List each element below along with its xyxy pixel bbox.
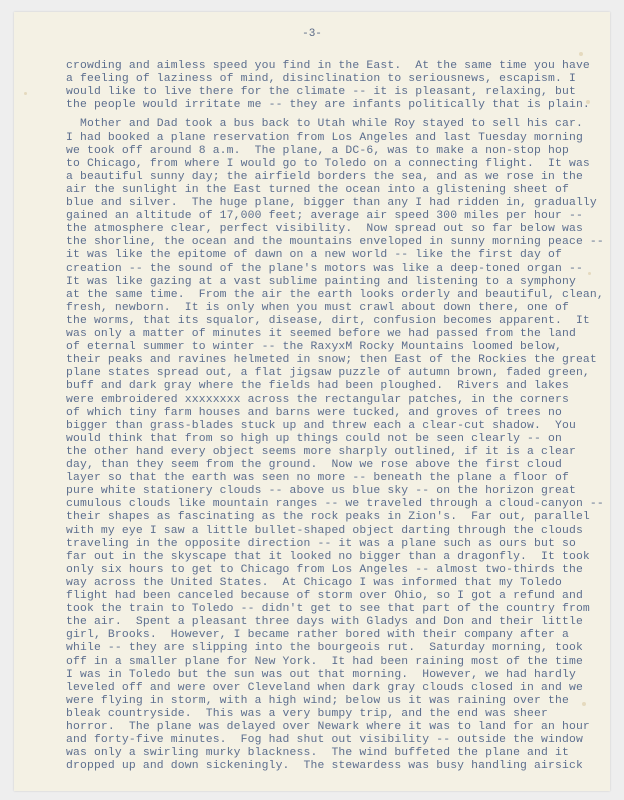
text-line: would like to live there for the climate…	[66, 86, 576, 99]
text-line: the other hand every object seems more s…	[66, 446, 576, 459]
text-line: horror. The plane was delayed over Newar…	[66, 721, 590, 734]
text-line: cumulous clouds like mountain ranges -- …	[66, 498, 604, 511]
text-line: day, than they seem from the ground. Now…	[66, 459, 562, 472]
paper-stain	[588, 272, 591, 275]
text-line: fresh, newborn. It is only when you must…	[66, 302, 569, 315]
text-line: were flying in storm, with a high wind; …	[66, 695, 569, 708]
text-line: Mother and Dad took a bus back to Utah w…	[66, 118, 583, 131]
text-line: gained an altitude of 17,000 feet; avera…	[66, 210, 583, 223]
text-line: only six hours to get to Chicago from Lo…	[66, 564, 583, 577]
text-line: dropped up and down sickeningly. The ste…	[66, 760, 583, 773]
page-number: -3-	[14, 28, 610, 40]
text-line: it was like the epitome of dawn on a new…	[66, 249, 562, 262]
text-line: air the sunlight in the East turned the …	[66, 184, 569, 197]
paper-stain	[24, 92, 27, 95]
text-line: their peaks and ravines helmeted in snow…	[66, 354, 597, 367]
text-line: of eternal summer to winter -- the Raxyx…	[66, 341, 562, 354]
paper-stain	[579, 52, 583, 56]
text-line: leveled off and were over Cleveland when…	[66, 682, 583, 695]
text-line: creation -- the sound of the plane's mot…	[66, 263, 583, 276]
text-line: bleak countryside. This was a very bumpy…	[66, 708, 548, 721]
text-line: at the same time. From the air the earth…	[66, 289, 604, 302]
text-line: I had booked a plane reservation from Lo…	[66, 132, 583, 145]
text-line: layer so that the earth was seen no more…	[66, 472, 569, 485]
text-line: to Chicago, from where I would go to Tol…	[66, 158, 590, 171]
text-line: would think that from so high up things …	[66, 433, 562, 446]
text-line: and forty-five minutes. Fog had shut out…	[66, 734, 583, 747]
text-line: were embroidered xxxxxxxx across the rec…	[66, 394, 569, 407]
text-line: bigger than grass-blades stuck up and th…	[66, 420, 576, 433]
text-line: was only a swirling murky blackness. The…	[66, 747, 569, 760]
text-line: was only a matter of minutes it seemed b…	[66, 328, 576, 341]
text-line: the atmosphere clear, perfect visibility…	[66, 223, 583, 236]
text-line: It was like gazing at a vast sublime pai…	[66, 276, 576, 289]
text-line: far out in the skyscape that it looked n…	[66, 551, 590, 564]
paper-stain	[582, 702, 586, 706]
text-line: a feeling of laziness of mind, disinclin…	[66, 73, 576, 86]
text-line: the air. Spent a pleasant three days wit…	[66, 616, 583, 629]
text-line: while -- they are slipping into the bour…	[66, 642, 583, 655]
text-line: off in a smaller plane for New York. It …	[66, 656, 583, 669]
text-line: the worms, that its squalor, disease, di…	[66, 315, 590, 328]
text-line: girl, Brooks. However, I became rather b…	[66, 629, 569, 642]
text-line: way across the United States. At Chicago…	[66, 577, 562, 590]
text-line: blue and silver. The huge plane, bigger …	[66, 197, 597, 210]
text-line: we took off around 8 a.m. The plane, a D…	[66, 145, 569, 158]
text-line: I was in Toledo but the sun was out that…	[66, 669, 576, 682]
text-line: pure white stationery clouds -- above us…	[66, 485, 576, 498]
text-line: with my eye I saw a little bullet-shaped…	[66, 525, 583, 538]
text-line: their shapes as fascinating as the rock …	[66, 511, 590, 524]
text-line: the people would irritate me -- they are…	[66, 99, 590, 112]
text-line: buff and dark gray where the fields had …	[66, 380, 569, 393]
text-line: the shorline, the ocean and the mountain…	[66, 236, 604, 249]
text-line: flight had been canceled because of stor…	[66, 590, 583, 603]
text-line: a beautiful sunny day; the airfield bord…	[66, 171, 583, 184]
text-line: took the train to Toledo -- didn't get t…	[66, 603, 590, 616]
text-line: plane states spread out, a flat jigsaw p…	[66, 367, 590, 380]
text-line: traveling in the opposite direction -- i…	[66, 538, 576, 551]
typewritten-page: -3- crowding and aimless speed you find …	[14, 12, 610, 791]
text-line: of which tiny farm houses and barns were…	[66, 407, 562, 420]
text-line: crowding and aimless speed you find in t…	[66, 60, 590, 73]
